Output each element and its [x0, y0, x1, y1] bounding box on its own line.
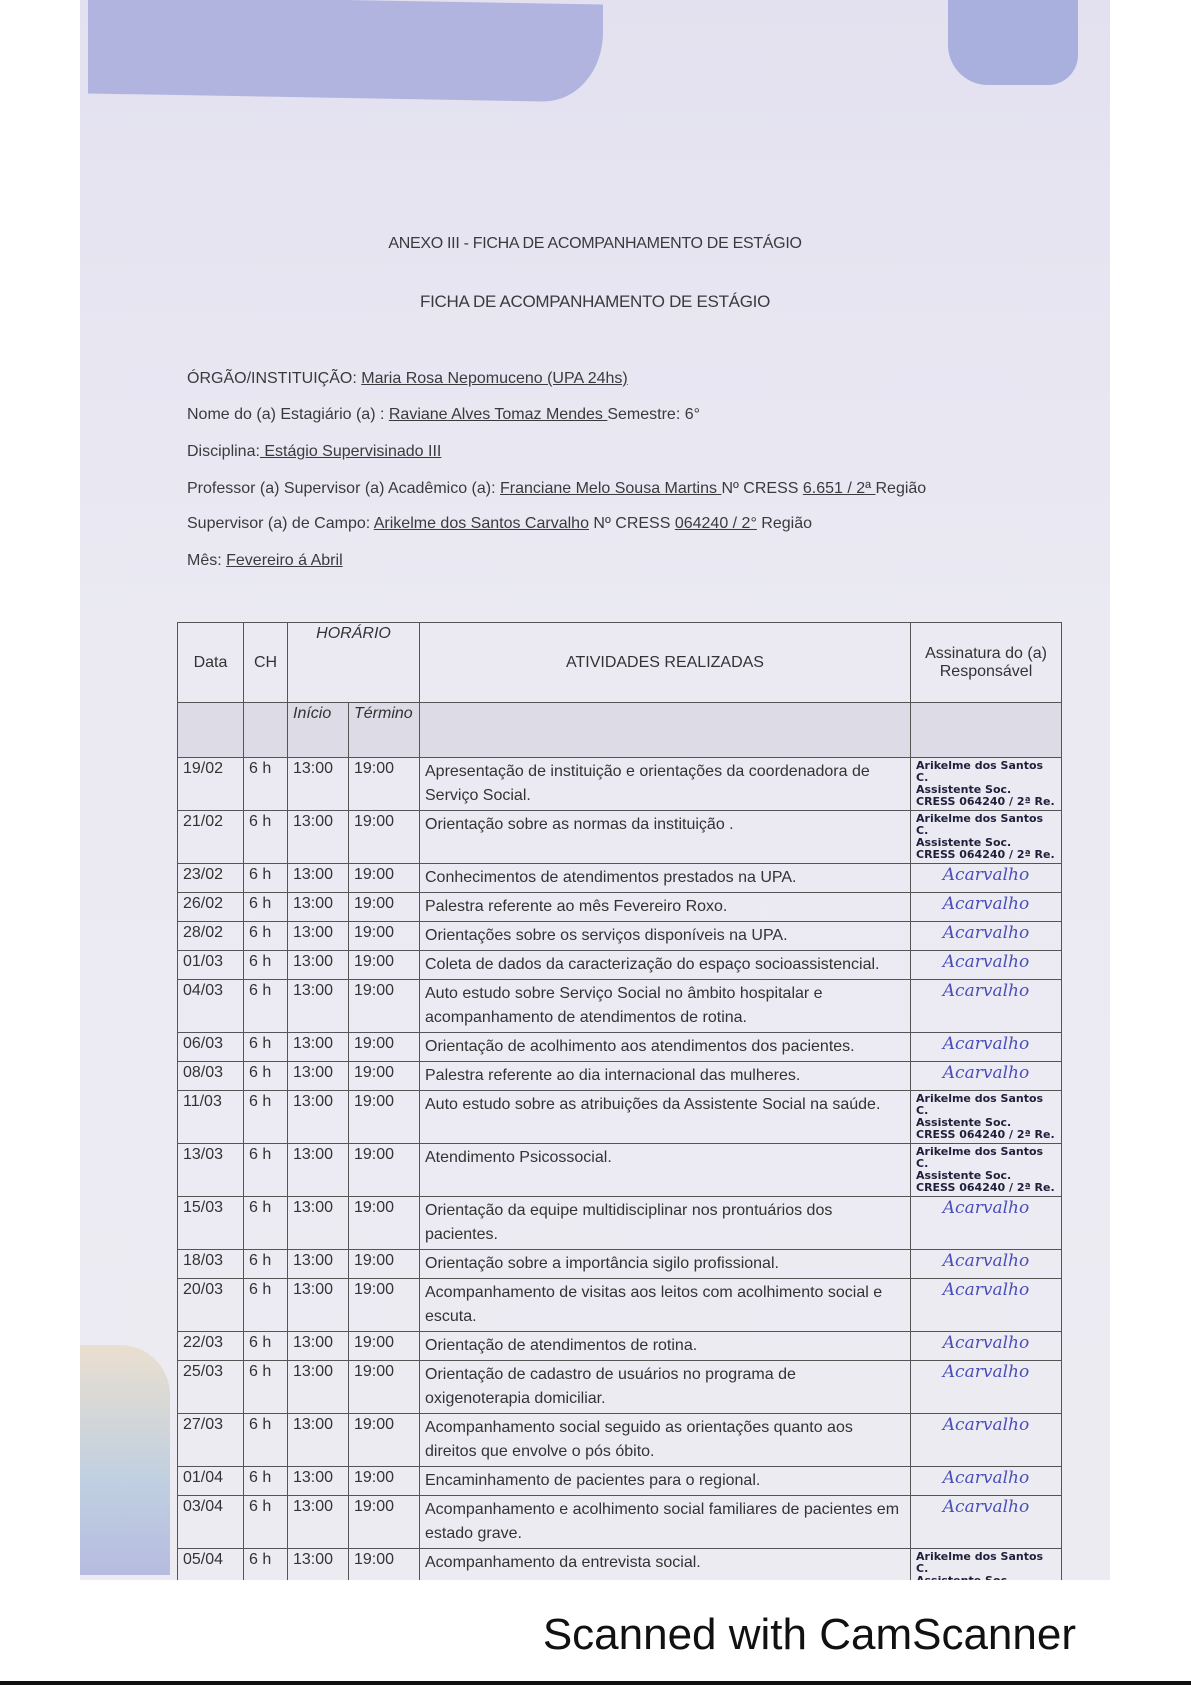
- field-orgao: ÓRGÃO/INSTITUIÇÃO: Maria Rosa Nepomuceno…: [187, 370, 628, 388]
- estagiario-label: Nome do (a) Estagiário (a) :: [187, 406, 389, 423]
- paper-shadow-decoration: [88, 0, 603, 102]
- semestre-label: Semestre:: [607, 406, 684, 423]
- handwritten-signature: Acarvalho: [943, 1063, 1029, 1083]
- row-termino: 19:00: [349, 1250, 420, 1279]
- annex-title: ANEXO III - FICHA DE ACOMPANHAMENTO DE E…: [80, 235, 1110, 253]
- row-signature: Acarvalho: [911, 1197, 1062, 1250]
- table-row: 23/026 h13:0019:00Conhecimentos de atend…: [178, 864, 1062, 893]
- supervisor-stamp: Arikelme dos Santos C.Assistente Soc.CRE…: [916, 813, 1056, 861]
- semestre-value: 6°: [685, 406, 700, 423]
- activity-log-body: 19/026 h13:0019:00Apresentação de instit…: [178, 758, 1062, 1581]
- subheader-empty: [911, 703, 1062, 758]
- professor-cress-label: Nº CRESS: [721, 480, 802, 497]
- professor-value: Franciane Melo Sousa Martins: [500, 480, 721, 497]
- paper-shadow-decoration: [948, 0, 1078, 85]
- mes-label: Mês:: [187, 552, 226, 569]
- row-date: 05/04: [178, 1549, 244, 1581]
- table-row: 05/046 h13:0019:00Acompanhamento da entr…: [178, 1549, 1062, 1581]
- row-ch: 6 h: [244, 758, 288, 811]
- supervisor-stamp: Arikelme dos Santos C.Assistente Soc.CRE…: [916, 1146, 1056, 1194]
- row-atividade: Coleta de dados da caracterização do esp…: [420, 951, 911, 980]
- campo-regiao: Região: [757, 515, 812, 532]
- row-ch: 6 h: [244, 1033, 288, 1062]
- row-termino: 19:00: [349, 1091, 420, 1144]
- table-row: 11/036 h13:0019:00Auto estudo sobre as a…: [178, 1091, 1062, 1144]
- table-row: 20/036 h13:0019:00Acompanhamento de visi…: [178, 1279, 1062, 1332]
- header-termino: Término: [349, 703, 420, 758]
- handwritten-signature: Acarvalho: [943, 1415, 1029, 1435]
- header-inicio: Início: [288, 703, 349, 758]
- row-termino: 19:00: [349, 1467, 420, 1496]
- row-ch: 6 h: [244, 1091, 288, 1144]
- row-inicio: 13:00: [288, 1361, 349, 1414]
- row-signature: Arikelme dos Santos C.Assistente Soc.CRE…: [911, 758, 1062, 811]
- row-inicio: 13:00: [288, 1332, 349, 1361]
- row-signature: Acarvalho: [911, 1414, 1062, 1467]
- row-atividade: Auto estudo sobre as atribuições da Assi…: [420, 1091, 911, 1144]
- row-signature: Acarvalho: [911, 1496, 1062, 1549]
- stamp-line1: Arikelme dos Santos C.: [916, 1551, 1056, 1575]
- row-atividade: Orientação de acolhimento aos atendiment…: [420, 1033, 911, 1062]
- header-assinatura: Assinatura do (a) Responsável: [911, 623, 1062, 703]
- row-inicio: 13:00: [288, 1091, 349, 1144]
- row-termino: 19:00: [349, 922, 420, 951]
- row-signature: Acarvalho: [911, 1361, 1062, 1414]
- row-inicio: 13:00: [288, 1279, 349, 1332]
- estagiario-value: Raviane Alves Tomaz Mendes: [389, 406, 607, 423]
- supervisor-stamp: Arikelme dos Santos C.Assistente Soc.CRE…: [916, 1551, 1056, 1580]
- row-signature: Acarvalho: [911, 864, 1062, 893]
- disciplina-value: Estágio Supervisinado III: [260, 443, 441, 460]
- row-date: 01/04: [178, 1467, 244, 1496]
- subheader-empty: [420, 703, 911, 758]
- handwritten-signature: Acarvalho: [943, 1333, 1029, 1353]
- row-inicio: 13:00: [288, 1549, 349, 1581]
- row-termino: 19:00: [349, 1197, 420, 1250]
- row-ch: 6 h: [244, 1467, 288, 1496]
- row-date: 25/03: [178, 1361, 244, 1414]
- row-inicio: 13:00: [288, 1496, 349, 1549]
- row-signature: Acarvalho: [911, 1250, 1062, 1279]
- field-disciplina: Disciplina: Estágio Supervisinado III: [187, 443, 441, 461]
- row-atividade: Apresentação de instituição e orientaçõe…: [420, 758, 911, 811]
- row-atividade: Acompanhamento de visitas aos leitos com…: [420, 1279, 911, 1332]
- row-atividade: Palestra referente ao mês Fevereiro Roxo…: [420, 893, 911, 922]
- row-atividade: Acompanhamento social seguido as orienta…: [420, 1414, 911, 1467]
- stamp-line3: CRESS 064240 / 2ª Re.: [916, 796, 1056, 808]
- row-date: 20/03: [178, 1279, 244, 1332]
- document-title: FICHA DE ACOMPANHAMENTO DE ESTÁGIO: [80, 292, 1110, 312]
- paper-shadow-decoration: [80, 1345, 170, 1575]
- table-row: 21/026 h13:0019:00Orientação sobre as no…: [178, 811, 1062, 864]
- row-termino: 19:00: [349, 1279, 420, 1332]
- row-inicio: 13:00: [288, 1414, 349, 1467]
- handwritten-signature: Acarvalho: [943, 1362, 1029, 1382]
- row-ch: 6 h: [244, 1250, 288, 1279]
- table-row: 22/036 h13:0019:00Orientação de atendime…: [178, 1332, 1062, 1361]
- row-signature: Acarvalho: [911, 1332, 1062, 1361]
- row-ch: 6 h: [244, 1332, 288, 1361]
- row-inicio: 13:00: [288, 1467, 349, 1496]
- table-row: 04/036 h13:0019:00Auto estudo sobre Serv…: [178, 980, 1062, 1033]
- row-termino: 19:00: [349, 864, 420, 893]
- stamp-line2: Assistente Soc.: [916, 1575, 1056, 1580]
- handwritten-signature: Acarvalho: [943, 1497, 1029, 1517]
- row-inicio: 13:00: [288, 922, 349, 951]
- row-ch: 6 h: [244, 980, 288, 1033]
- row-termino: 19:00: [349, 1361, 420, 1414]
- row-ch: 6 h: [244, 1496, 288, 1549]
- row-termino: 19:00: [349, 1496, 420, 1549]
- row-atividade: Orientação sobre as normas da instituiçã…: [420, 811, 911, 864]
- handwritten-signature: Acarvalho: [943, 1468, 1029, 1488]
- row-atividade: Atendimento Psicossocial.: [420, 1144, 911, 1197]
- row-signature: Acarvalho: [911, 1033, 1062, 1062]
- row-termino: 19:00: [349, 1033, 420, 1062]
- row-atividade: Encaminhamento de pacientes para o regio…: [420, 1467, 911, 1496]
- row-signature: Acarvalho: [911, 980, 1062, 1033]
- row-ch: 6 h: [244, 1144, 288, 1197]
- row-inicio: 13:00: [288, 1197, 349, 1250]
- campo-cress-label: Nº CRESS: [589, 515, 675, 532]
- disciplina-label: Disciplina:: [187, 443, 260, 460]
- row-atividade: Orientações sobre os serviços disponívei…: [420, 922, 911, 951]
- row-ch: 6 h: [244, 864, 288, 893]
- row-atividade: Orientação de atendimentos de rotina.: [420, 1332, 911, 1361]
- row-date: 15/03: [178, 1197, 244, 1250]
- handwritten-signature: Acarvalho: [943, 1198, 1029, 1218]
- stamp-line1: Arikelme dos Santos C.: [916, 760, 1056, 784]
- row-signature: Acarvalho: [911, 893, 1062, 922]
- stamp-line1: Arikelme dos Santos C.: [916, 1146, 1056, 1170]
- row-signature: Arikelme dos Santos C.Assistente Soc.CRE…: [911, 1549, 1062, 1581]
- row-inicio: 13:00: [288, 893, 349, 922]
- table-row: 18/036 h13:0019:00Orientação sobre a imp…: [178, 1250, 1062, 1279]
- table-row: 03/046 h13:0019:00Acompanhamento e acolh…: [178, 1496, 1062, 1549]
- table-row: 01/046 h13:0019:00Encaminhamento de paci…: [178, 1467, 1062, 1496]
- row-inicio: 13:00: [288, 1250, 349, 1279]
- row-atividade: Acompanhamento e acolhimento social fami…: [420, 1496, 911, 1549]
- row-inicio: 13:00: [288, 1144, 349, 1197]
- handwritten-signature: Acarvalho: [943, 923, 1029, 943]
- supervisor-stamp: Arikelme dos Santos C.Assistente Soc.CRE…: [916, 1093, 1056, 1141]
- row-signature: Acarvalho: [911, 951, 1062, 980]
- scanned-page: ANEXO III - FICHA DE ACOMPANHAMENTO DE E…: [80, 0, 1110, 1580]
- row-inicio: 13:00: [288, 980, 349, 1033]
- stamp-line3: CRESS 064240 / 2ª Re.: [916, 1129, 1056, 1141]
- handwritten-signature: Acarvalho: [943, 981, 1029, 1001]
- row-inicio: 13:00: [288, 758, 349, 811]
- row-inicio: 13:00: [288, 1062, 349, 1091]
- row-date: 03/04: [178, 1496, 244, 1549]
- table-row: 06/036 h13:0019:00Orientação de acolhime…: [178, 1033, 1062, 1062]
- row-ch: 6 h: [244, 893, 288, 922]
- header-ch: CH: [244, 623, 288, 703]
- row-atividade: Auto estudo sobre Serviço Social no âmbi…: [420, 980, 911, 1033]
- row-date: 26/02: [178, 893, 244, 922]
- row-ch: 6 h: [244, 951, 288, 980]
- row-date: 27/03: [178, 1414, 244, 1467]
- orgao-value: Maria Rosa Nepomuceno (UPA 24hs): [361, 370, 628, 387]
- stamp-line1: Arikelme dos Santos C.: [916, 813, 1056, 837]
- subheader-empty: [178, 703, 244, 758]
- row-ch: 6 h: [244, 1414, 288, 1467]
- row-termino: 19:00: [349, 1414, 420, 1467]
- subheader-empty: [244, 703, 288, 758]
- row-signature: Acarvalho: [911, 1279, 1062, 1332]
- row-atividade: Orientação de cadastro de usuários no pr…: [420, 1361, 911, 1414]
- row-date: 28/02: [178, 922, 244, 951]
- table-row: 25/036 h13:0019:00Orientação de cadastro…: [178, 1361, 1062, 1414]
- table-row: 28/026 h13:0019:00Orientações sobre os s…: [178, 922, 1062, 951]
- table-row: 01/036 h13:0019:00Coleta de dados da car…: [178, 951, 1062, 980]
- row-atividade: Acompanhamento da entrevista social.: [420, 1549, 911, 1581]
- table-row: 08/036 h13:0019:00Palestra referente ao …: [178, 1062, 1062, 1091]
- row-ch: 6 h: [244, 1279, 288, 1332]
- row-date: 21/02: [178, 811, 244, 864]
- professor-label: Professor (a) Supervisor (a) Acadêmico (…: [187, 480, 500, 497]
- row-signature: Arikelme dos Santos C.Assistente Soc.CRE…: [911, 1091, 1062, 1144]
- row-date: 08/03: [178, 1062, 244, 1091]
- row-date: 23/02: [178, 864, 244, 893]
- row-date: 19/02: [178, 758, 244, 811]
- supervisor-stamp: Arikelme dos Santos C.Assistente Soc.CRE…: [916, 760, 1056, 808]
- orgao-label: ÓRGÃO/INSTITUIÇÃO:: [187, 370, 361, 387]
- field-supervisor-campo: Supervisor (a) de Campo: Arikelme dos Sa…: [187, 515, 812, 533]
- row-ch: 6 h: [244, 1197, 288, 1250]
- row-inicio: 13:00: [288, 951, 349, 980]
- bottom-border: [0, 1681, 1191, 1685]
- table-row: 19/026 h13:0019:00Apresentação de instit…: [178, 758, 1062, 811]
- activity-log-table: Data CH HORÁRIO ATIVIDADES REALIZADAS As…: [177, 622, 1062, 1580]
- row-date: 22/03: [178, 1332, 244, 1361]
- row-signature: Acarvalho: [911, 1062, 1062, 1091]
- mes-value: Fevereiro á Abril: [226, 552, 343, 569]
- row-termino: 19:00: [349, 980, 420, 1033]
- row-termino: 19:00: [349, 1144, 420, 1197]
- row-termino: 19:00: [349, 811, 420, 864]
- row-ch: 6 h: [244, 1062, 288, 1091]
- row-ch: 6 h: [244, 1361, 288, 1414]
- row-ch: 6 h: [244, 1549, 288, 1581]
- row-ch: 6 h: [244, 811, 288, 864]
- row-signature: Acarvalho: [911, 1467, 1062, 1496]
- row-termino: 19:00: [349, 951, 420, 980]
- row-inicio: 13:00: [288, 811, 349, 864]
- handwritten-signature: Acarvalho: [943, 865, 1029, 885]
- row-atividade: Orientação da equipe multidisciplinar no…: [420, 1197, 911, 1250]
- row-date: 18/03: [178, 1250, 244, 1279]
- row-termino: 19:00: [349, 893, 420, 922]
- header-data: Data: [178, 623, 244, 703]
- handwritten-signature: Acarvalho: [943, 1034, 1029, 1054]
- row-atividade: Conhecimentos de atendimentos prestados …: [420, 864, 911, 893]
- stamp-line3: CRESS 064240 / 2ª Re.: [916, 1182, 1056, 1194]
- professor-regiao: Região: [876, 480, 927, 497]
- header-atividades: ATIVIDADES REALIZADAS: [420, 623, 911, 703]
- professor-cress-value: 6.651 / 2ª: [803, 480, 876, 497]
- row-date: 11/03: [178, 1091, 244, 1144]
- campo-cress-value: 064240 / 2°: [675, 515, 757, 532]
- row-signature: Arikelme dos Santos C.Assistente Soc.CRE…: [911, 1144, 1062, 1197]
- field-professor: Professor (a) Supervisor (a) Acadêmico (…: [187, 480, 926, 498]
- row-date: 04/03: [178, 980, 244, 1033]
- handwritten-signature: Acarvalho: [943, 1280, 1029, 1300]
- handwritten-signature: Acarvalho: [943, 952, 1029, 972]
- campo-label: Supervisor (a) de Campo:: [187, 515, 374, 532]
- table-row: 27/036 h13:0019:00Acompanhamento social …: [178, 1414, 1062, 1467]
- row-atividade: Orientação sobre a importância sigilo pr…: [420, 1250, 911, 1279]
- stamp-line3: CRESS 064240 / 2ª Re.: [916, 849, 1056, 861]
- table-row: 26/026 h13:0019:00Palestra referente ao …: [178, 893, 1062, 922]
- row-inicio: 13:00: [288, 864, 349, 893]
- row-date: 01/03: [178, 951, 244, 980]
- field-estagiario: Nome do (a) Estagiário (a) : Raviane Alv…: [187, 406, 700, 424]
- handwritten-signature: Acarvalho: [943, 1251, 1029, 1271]
- header-horario: HORÁRIO: [288, 623, 420, 703]
- row-termino: 19:00: [349, 758, 420, 811]
- row-inicio: 13:00: [288, 1033, 349, 1062]
- field-mes: Mês: Fevereiro á Abril: [187, 552, 343, 570]
- row-signature: Acarvalho: [911, 922, 1062, 951]
- campo-value: Arikelme dos Santos Carvalho: [374, 515, 589, 532]
- row-ch: 6 h: [244, 922, 288, 951]
- row-atividade: Palestra referente ao dia internacional …: [420, 1062, 911, 1091]
- row-date: 13/03: [178, 1144, 244, 1197]
- row-date: 06/03: [178, 1033, 244, 1062]
- table-row: 13/036 h13:0019:00Atendimento Psicossoci…: [178, 1144, 1062, 1197]
- row-signature: Arikelme dos Santos C.Assistente Soc.CRE…: [911, 811, 1062, 864]
- handwritten-signature: Acarvalho: [943, 894, 1029, 914]
- stamp-line1: Arikelme dos Santos C.: [916, 1093, 1056, 1117]
- row-termino: 19:00: [349, 1549, 420, 1581]
- camscanner-watermark: Scanned with CamScanner: [543, 1610, 1076, 1660]
- row-termino: 19:00: [349, 1062, 420, 1091]
- row-termino: 19:00: [349, 1332, 420, 1361]
- table-row: 15/036 h13:0019:00Orientação da equipe m…: [178, 1197, 1062, 1250]
